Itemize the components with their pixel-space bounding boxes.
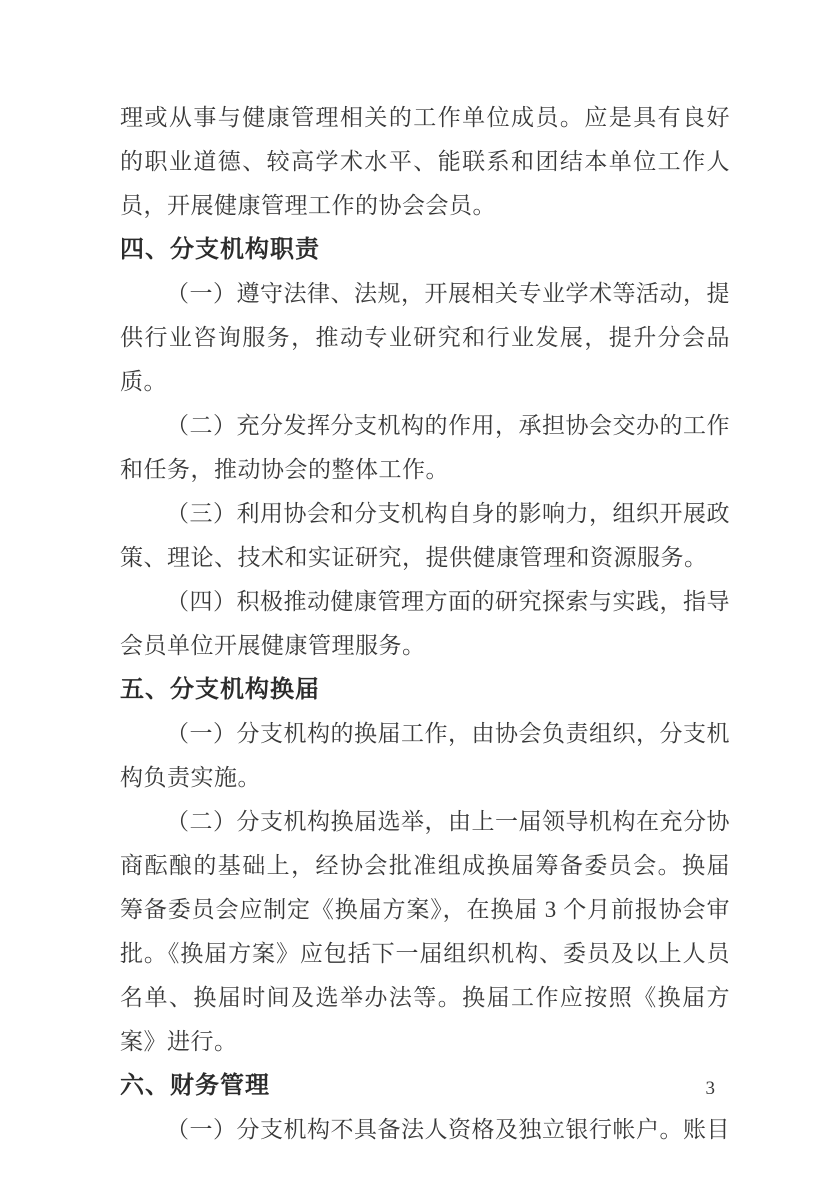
section-4-paragraph-3: （三）利用协会和分支机构自身的影响力，组织开展政策、理论、技术和实证研究，提供健… <box>120 492 730 580</box>
section-5-paragraph-2: （二）分支机构换届选举，由上一届领导机构在充分协商酝酿的基础上，经协会批准组成换… <box>120 800 730 1064</box>
section-4-paragraph-4: （四）积极推动健康管理方面的研究探索与实践，指导会员单位开展健康管理服务。 <box>120 580 730 668</box>
intro-paragraph: 理或从事与健康管理相关的工作单位成员。应是具有良好的职业道德、较高学术水平、能联… <box>120 96 730 228</box>
section-heading-4: 四、分支机构职责 <box>120 228 730 272</box>
text-block: 理或从事与健康管理相关的工作单位成员。应是具有良好的职业道德、较高学术水平、能联… <box>120 96 730 1152</box>
section-6-paragraph-1: （一）分支机构不具备法人资格及独立银行帐户。账目 <box>120 1108 730 1152</box>
section-heading-6: 六、财务管理 <box>120 1064 730 1108</box>
section-5-paragraph-1: （一）分支机构的换届工作，由协会负责组织，分支机构负责实施。 <box>120 712 730 800</box>
section-4-paragraph-2: （二）充分发挥分支机构的作用，承担协会交办的工作和任务，推动协会的整体工作。 <box>120 404 730 492</box>
page-number: 3 <box>706 1076 716 1102</box>
section-4-paragraph-1: （一）遵守法律、法规，开展相关专业学术等活动，提供行业咨询服务，推动专业研究和行… <box>120 272 730 404</box>
document-page: 理或从事与健康管理相关的工作单位成员。应是具有良好的职业道德、较高学术水平、能联… <box>0 0 840 1187</box>
section-heading-5: 五、分支机构换届 <box>120 668 730 712</box>
